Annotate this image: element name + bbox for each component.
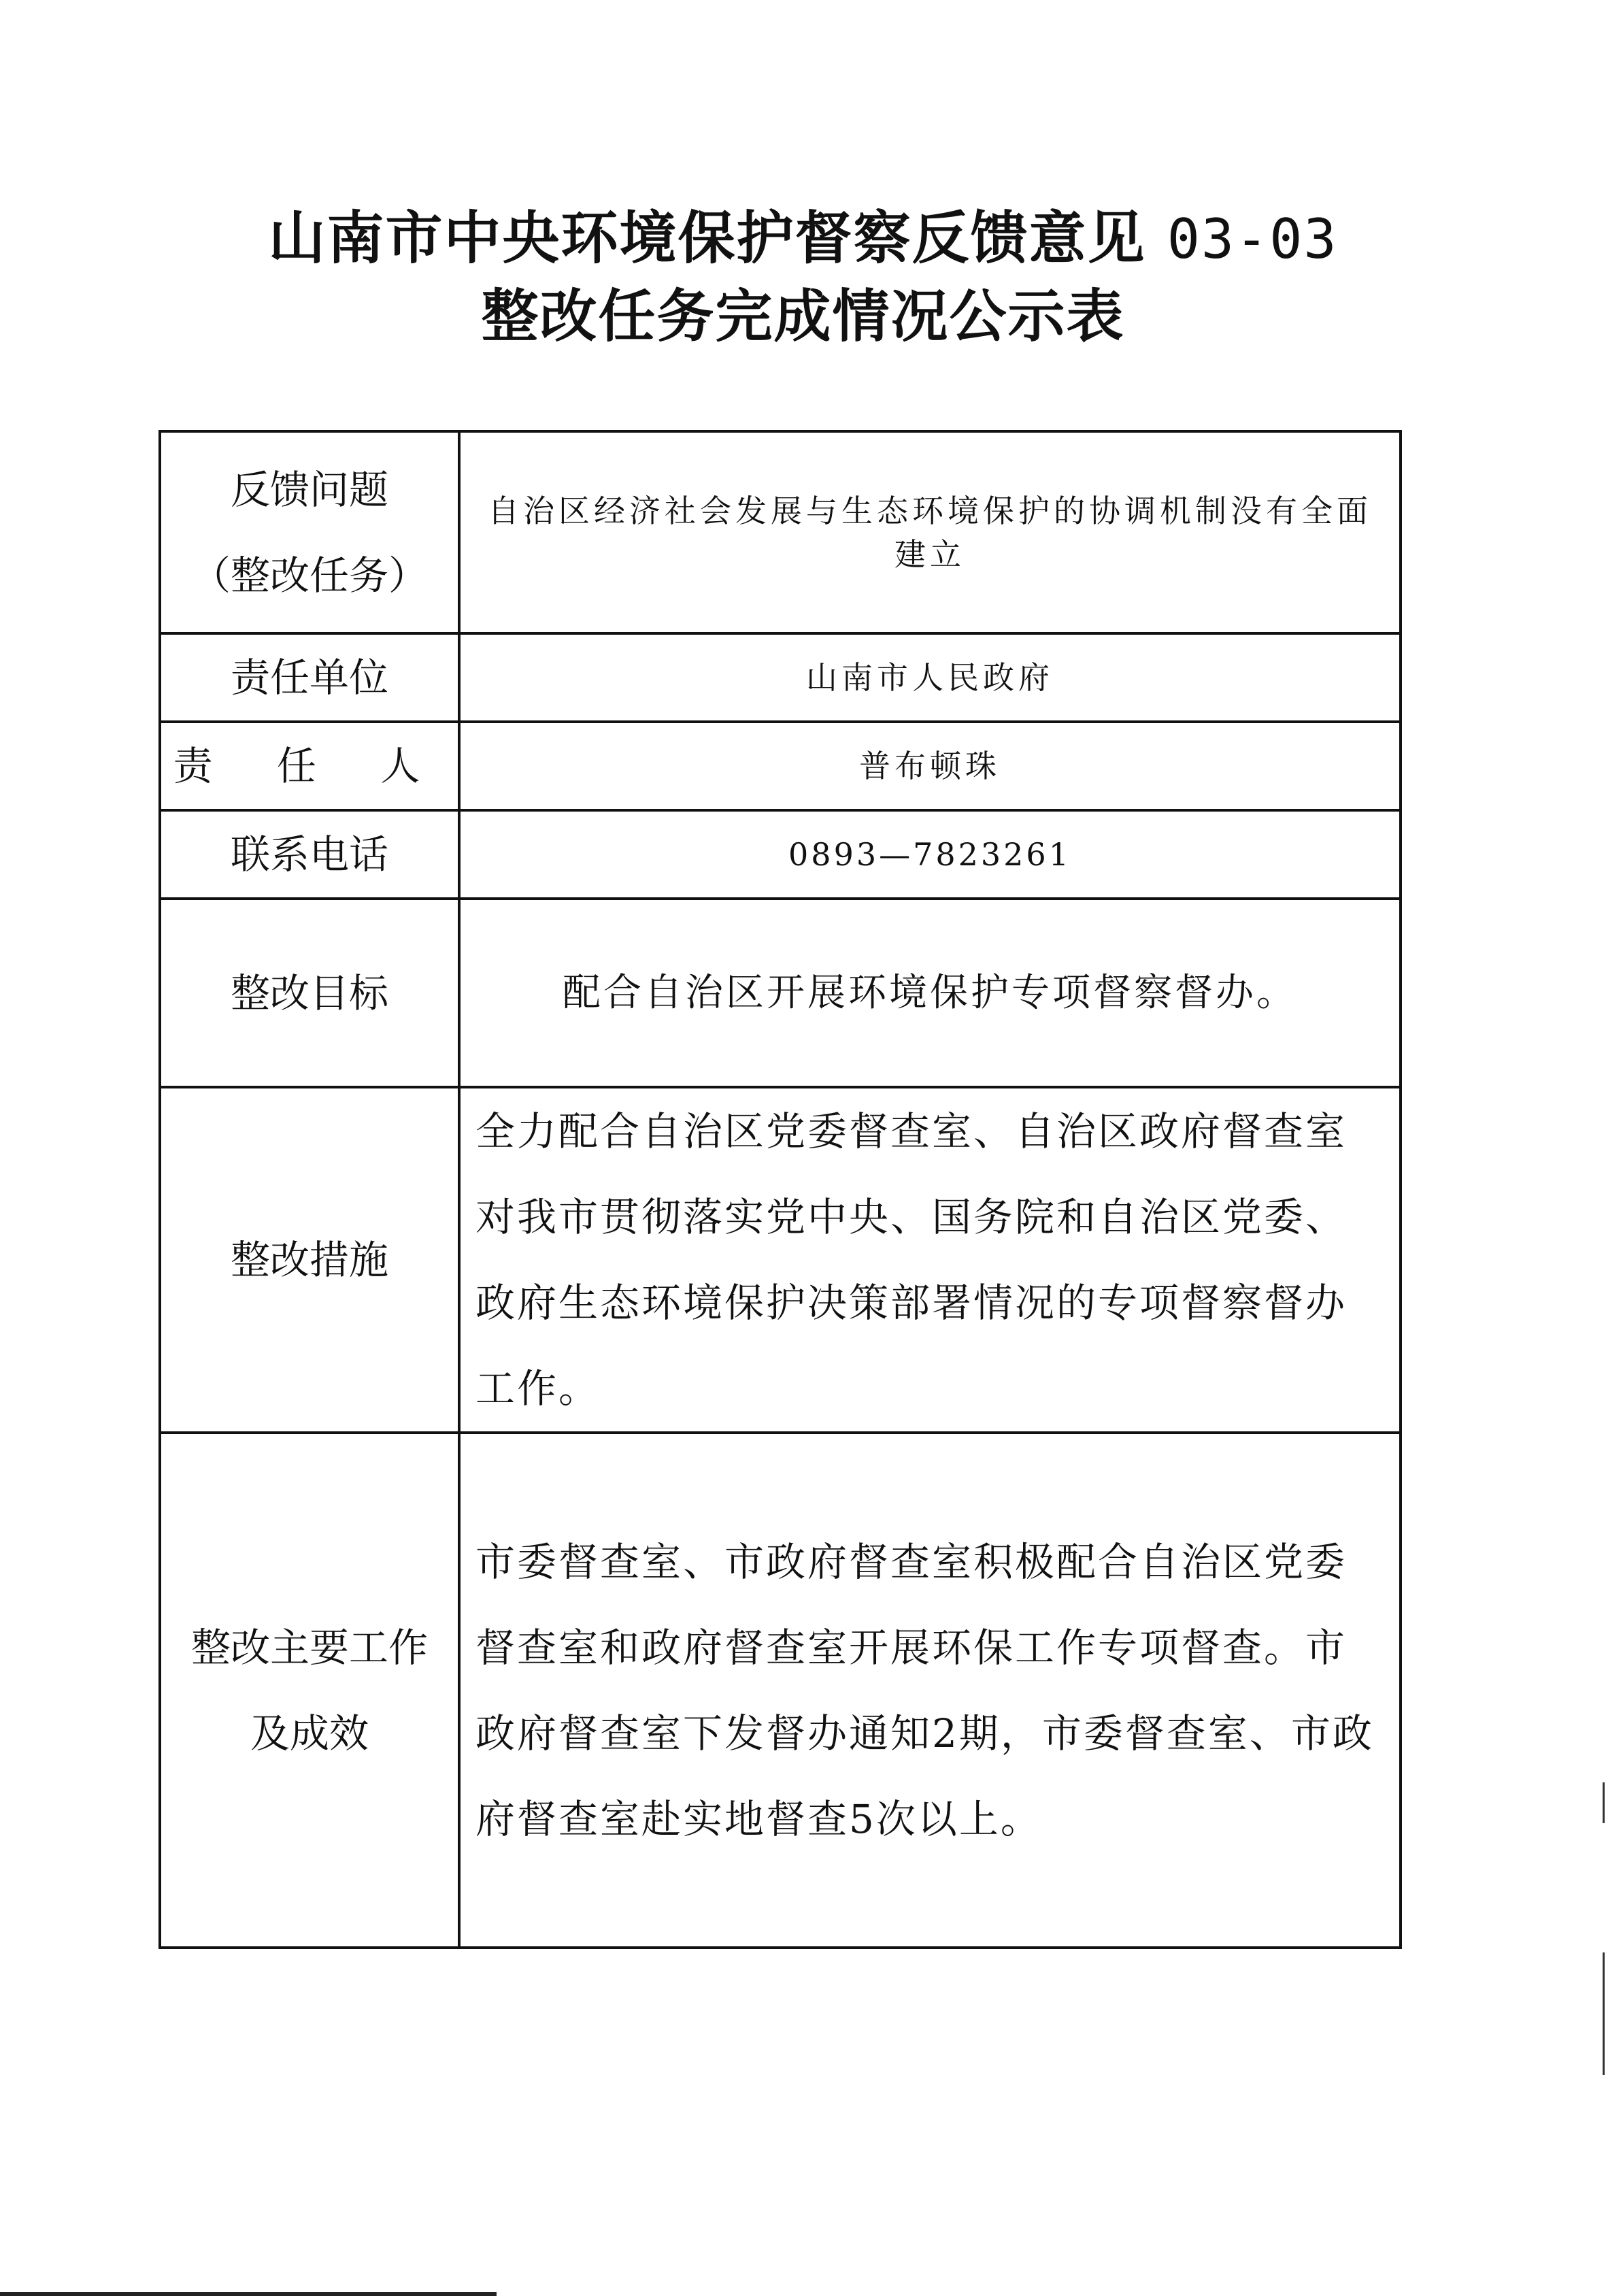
title-text: 山南市中央环境保护督察反馈意见 (268, 205, 1145, 271)
label-responsible-unit: 责任单位 (160, 633, 459, 722)
value-target: 配合自治区开展环境保护专项督察督办。 (459, 899, 1401, 1087)
value-phone: 0893—7823261 (459, 810, 1401, 899)
table-row-feedback-issue: 反馈问题 （整改任务） 自治区经济社会发展与生态环境保护的协调机制没有全面建立 (160, 431, 1401, 633)
value-results: 市委督查室、市政府督查室积极配合自治区党委督查室和政府督查室开展环保工作专项督查… (459, 1433, 1401, 1948)
scan-edge-mark (1603, 1952, 1605, 2075)
table-row-measures: 整改措施 全力配合自治区党委督查室、自治区政府督查室对我市贯彻落实党中央、国务院… (160, 1087, 1401, 1433)
label-line: 及成效 (161, 1691, 458, 1776)
label-results: 整改主要工作 及成效 (160, 1433, 459, 1948)
label-line: 反馈问题 (161, 447, 458, 533)
label-line: （整改任务） (161, 533, 458, 618)
label-line: 整改主要工作 (161, 1605, 458, 1691)
table-row-responsible-unit: 责任单位 山南市人民政府 (160, 633, 1401, 722)
label-responsible-person: 责 任 人 (160, 722, 459, 810)
table-row-results: 整改主要工作 及成效 市委督查室、市政府督查室积极配合自治区党委督查室和政府督查… (160, 1433, 1401, 1948)
table-row-target: 整改目标 配合自治区开展环境保护专项督察督办。 (160, 899, 1401, 1087)
table-row-responsible-person: 责 任 人 普布顿珠 (160, 722, 1401, 810)
label-phone: 联系电话 (160, 810, 459, 899)
value-responsible-unit: 山南市人民政府 (459, 633, 1401, 722)
title-code: 03-03 (1167, 207, 1338, 271)
document-title-line1: 山南市中央环境保护督察反馈意见 03-03 (0, 204, 1606, 273)
scan-edge-mark (1603, 1782, 1605, 1823)
document-title-line2: 整改任务完成情况公示表 (0, 282, 1606, 350)
label-target: 整改目标 (160, 899, 459, 1087)
label-measures: 整改措施 (160, 1087, 459, 1433)
value-responsible-person: 普布顿珠 (459, 722, 1401, 810)
value-feedback-issue: 自治区经济社会发展与生态环境保护的协调机制没有全面建立 (459, 431, 1401, 633)
scan-edge-mark (0, 2292, 497, 2296)
table-row-phone: 联系电话 0893—7823261 (160, 810, 1401, 899)
value-text: 自治区经济社会发展与生态环境保护的协调机制没有全面建立 (488, 489, 1372, 576)
rectification-table: 反馈问题 （整改任务） 自治区经济社会发展与生态环境保护的协调机制没有全面建立 … (158, 430, 1402, 1949)
label-text: 责 任 人 (173, 743, 446, 789)
label-feedback-issue: 反馈问题 （整改任务） (160, 431, 459, 633)
value-measures: 全力配合自治区党委督查室、自治区政府督查室对我市贯彻落实党中央、国务院和自治区党… (459, 1087, 1401, 1433)
